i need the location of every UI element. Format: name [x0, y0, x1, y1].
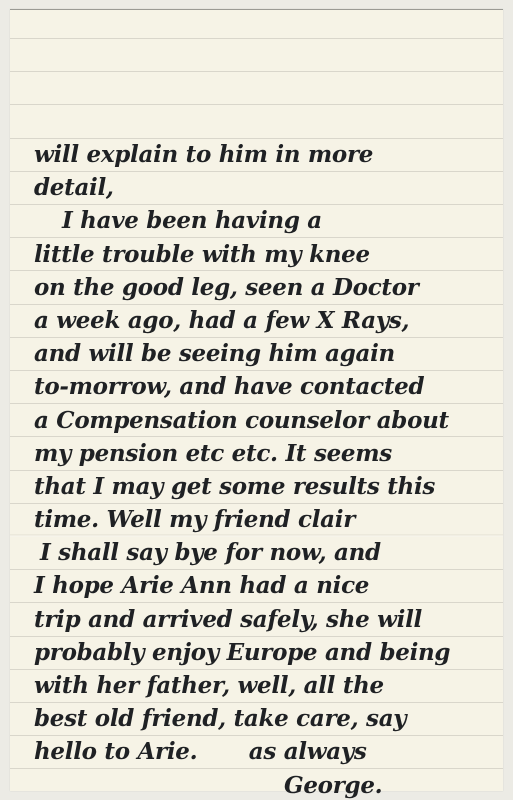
letter-line: little trouble with my knee — [34, 238, 504, 271]
letter-line: on the good leg, seen a Doctor — [34, 271, 504, 304]
signature: George. — [34, 769, 504, 800]
letter-line: with her father, well, all the — [34, 669, 504, 702]
letter-line: a Compensation counselor about — [34, 404, 504, 437]
letter-body: will explain to him in more detail, I ha… — [34, 138, 504, 800]
letter-line: to-morrow, and have contacted — [34, 370, 504, 403]
letter-line: hello to Arie. — [34, 738, 197, 765]
ruled-line — [10, 38, 503, 39]
letter-line: I shall say bye for now, and — [34, 536, 504, 569]
letter-page: will explain to him in more detail, I ha… — [10, 9, 503, 791]
letter-line: a week ago, had a few X Rays, — [34, 304, 504, 337]
letter-line: I hope Arie Ann had a nice — [34, 569, 504, 602]
ruled-line — [10, 71, 503, 72]
letter-line: that I may get some results this — [34, 470, 504, 503]
letter-line: my pension etc etc. It seems — [34, 437, 504, 470]
letter-line: detail, — [34, 171, 504, 204]
letter-line: trip and arrived safely, she will — [34, 603, 504, 636]
letter-line: I have been having a — [34, 204, 504, 237]
letter-line: best old friend, take care, say — [34, 702, 504, 735]
letter-line: time. Well my friend clair — [34, 503, 504, 536]
letter-line: probably enjoy Europe and being — [34, 636, 504, 669]
closing: as always — [249, 738, 367, 765]
letter-line: will explain to him in more — [34, 138, 504, 171]
letter-line: and will be seeing him again — [34, 337, 504, 370]
letter-line-with-closing: hello to Arie. as always — [34, 735, 504, 768]
ruled-line — [10, 104, 503, 105]
